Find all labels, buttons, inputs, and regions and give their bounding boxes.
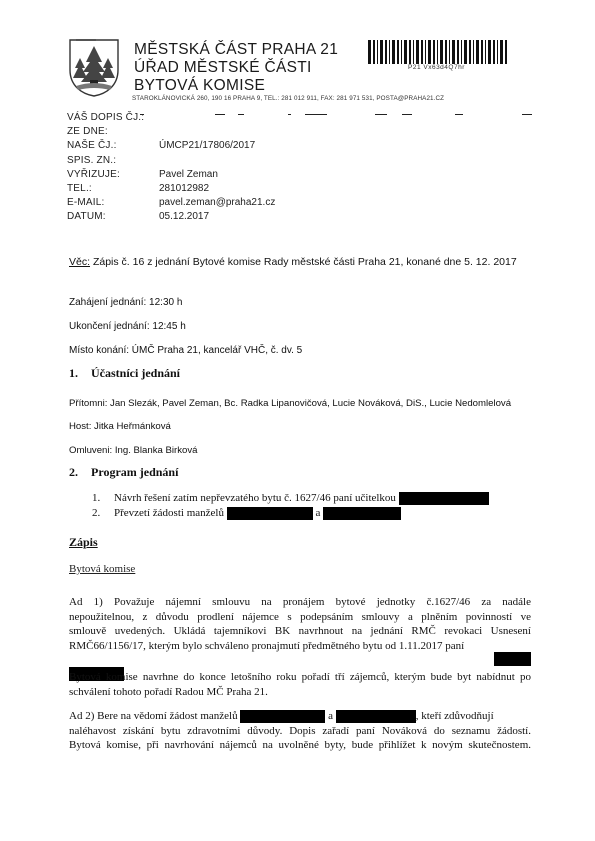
item-conjunction: a — [315, 507, 320, 519]
item-text: Návrh řešení zatím nepřevzatého bytu č. … — [114, 492, 396, 504]
paragraph-line: Bytová komise, při navrhování nájemců na… — [69, 738, 531, 753]
paragraph-line: Ad 1) Považuje nájemní smlouvu na pronáj… — [69, 595, 531, 610]
subject-prefix: Věc: — [69, 256, 90, 268]
redaction-block — [494, 652, 531, 666]
reference-label: TEL.: — [67, 183, 157, 194]
item-number: 2. — [92, 507, 114, 519]
org-address: STAROKLÁNOVICKÁ 260, 190 16 PRAHA 9, TEL… — [132, 95, 444, 102]
section-title: Účastníci jednání — [91, 366, 180, 380]
program-item-1: 1.Návrh řešení zatím nepřevzatého bytu č… — [92, 492, 489, 505]
minutes-heading: Zápis — [69, 535, 98, 550]
paragraph-line: naléhavost získání bytu zdravotními důvo… — [69, 724, 531, 739]
section-program-heading: 2.Program jednání — [69, 465, 178, 480]
section-number: 1. — [69, 366, 91, 381]
item-text: Převzetí žádosti manželů — [114, 507, 224, 519]
redaction-block — [323, 507, 401, 520]
reference-value: ÚMCP21/17806/2017 — [159, 140, 255, 151]
reference-value: Pavel Zeman — [159, 169, 218, 180]
guest-list: Host: Jitka Heřmánková — [69, 421, 171, 432]
subject-line: Věc: Zápis č. 16 z jednání Bytové komise… — [69, 256, 517, 268]
reference-label: VÁŠ DOPIS ČJ.: — [67, 112, 157, 123]
reference-value: 05.12.2017 — [159, 211, 209, 222]
reference-label: DATUM: — [67, 211, 157, 222]
org-name-line-1: MĚSTSKÁ ČÁST PRAHA 21 — [134, 41, 338, 59]
reference-label: SPIS. ZN.: — [67, 155, 157, 166]
meeting-end: Ukončení jednání: 12:45 h — [69, 321, 186, 332]
program-item-2: 2.Převzetí žádosti manželů a — [92, 507, 401, 520]
minutes-subheading: Bytová komise — [69, 563, 135, 575]
reference-label: E-MAIL: — [67, 197, 157, 208]
minutes-paragraph-3: Ad 2) Bere na vědomí žádost manželů a , … — [69, 709, 531, 753]
redaction-block — [240, 710, 325, 723]
org-name-line-3: BYTOVÁ KOMISE — [134, 77, 265, 95]
reference-value: 281012982 — [159, 183, 209, 194]
redaction-block — [336, 710, 416, 723]
org-name-line-2: ÚŘAD MĚSTSKÉ ČÁSTI — [134, 59, 312, 77]
paragraph-line: schválení tohoto pořadí Radou MČ Praha 2… — [69, 685, 531, 700]
minutes-paragraph-2: Bytová komise navrhne do konce letošního… — [69, 670, 531, 699]
reference-label: VYŘIZUJE: — [67, 169, 157, 180]
reference-value: pavel.zeman@praha21.cz — [159, 197, 275, 208]
scan-artifact-line — [140, 112, 540, 118]
subject-text: Zápis č. 16 z jednání Bytové komise Rady… — [93, 256, 517, 268]
item-number: 1. — [92, 492, 114, 504]
paragraph-line: Bytová komise navrhne do konce letošního… — [69, 670, 531, 685]
section-number: 2. — [69, 465, 91, 480]
barcode-id: P21 Vx63d4Q7hr — [408, 64, 465, 71]
excused-list: Omluveni: Ing. Blanka Birková — [69, 445, 198, 456]
redaction-block — [227, 507, 313, 520]
paragraph-line: nepoužitelnou, z důvodu prodlení nájemce… — [69, 610, 531, 625]
meeting-start: Zahájení jednání: 12:30 h — [69, 297, 182, 308]
meeting-place: Místo konání: ÚMČ Praha 21, kancelář VHČ… — [69, 345, 302, 356]
paragraph-line: RMČ66/1156/17, kterým bylo schváleno pro… — [69, 639, 489, 654]
redaction-block — [399, 492, 489, 505]
present-list: Přítomni: Jan Slezák, Pavel Zeman, Bc. R… — [69, 398, 511, 409]
barcode-icon — [368, 40, 508, 64]
reference-label: ZE DNE: — [67, 126, 157, 137]
minutes-paragraph-1: Ad 1) Považuje nájemní smlouvu na pronáj… — [69, 595, 531, 653]
para3-start: Ad 2) Bere na vědomí žádost manželů — [69, 710, 238, 722]
section-title: Program jednání — [91, 465, 178, 479]
section-participants-heading: 1.Účastníci jednání — [69, 366, 180, 381]
para3-end: , kteří zdůvodňují — [416, 710, 494, 722]
paragraph-line: smlouvě uvedených. Ukládá tajemníkovi BK… — [69, 624, 531, 639]
coat-of-arms-icon — [66, 36, 122, 98]
para3-conjunction: a — [328, 710, 333, 722]
reference-label: NAŠE ČJ.: — [67, 140, 157, 151]
paragraph-line: Ad 2) Bere na vědomí žádost manželů a , … — [69, 709, 531, 724]
